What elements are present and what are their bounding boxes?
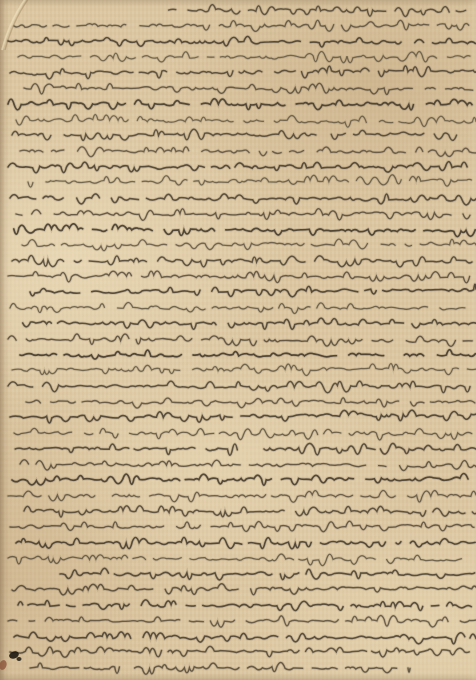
handwriting-line — [8, 36, 475, 47]
handwriting-line — [10, 410, 476, 423]
handwriting-line — [15, 443, 476, 455]
handwriting-layer — [0, 0, 476, 680]
handwriting-line — [18, 600, 471, 611]
handwriting-line — [16, 537, 475, 548]
handwriting-line — [14, 20, 476, 31]
scanned-document — [0, 0, 476, 680]
handwriting-line — [8, 162, 476, 173]
handwriting-line — [18, 52, 470, 63]
ink-bleed-halo — [28, 175, 474, 187]
ink-bleed-halo — [20, 460, 476, 471]
ink-bleed-halo — [8, 271, 476, 283]
ink-blot — [17, 657, 22, 661]
handwriting-line — [30, 284, 476, 297]
ink-blot — [0, 659, 8, 670]
ink-bleed-halo — [12, 364, 476, 376]
